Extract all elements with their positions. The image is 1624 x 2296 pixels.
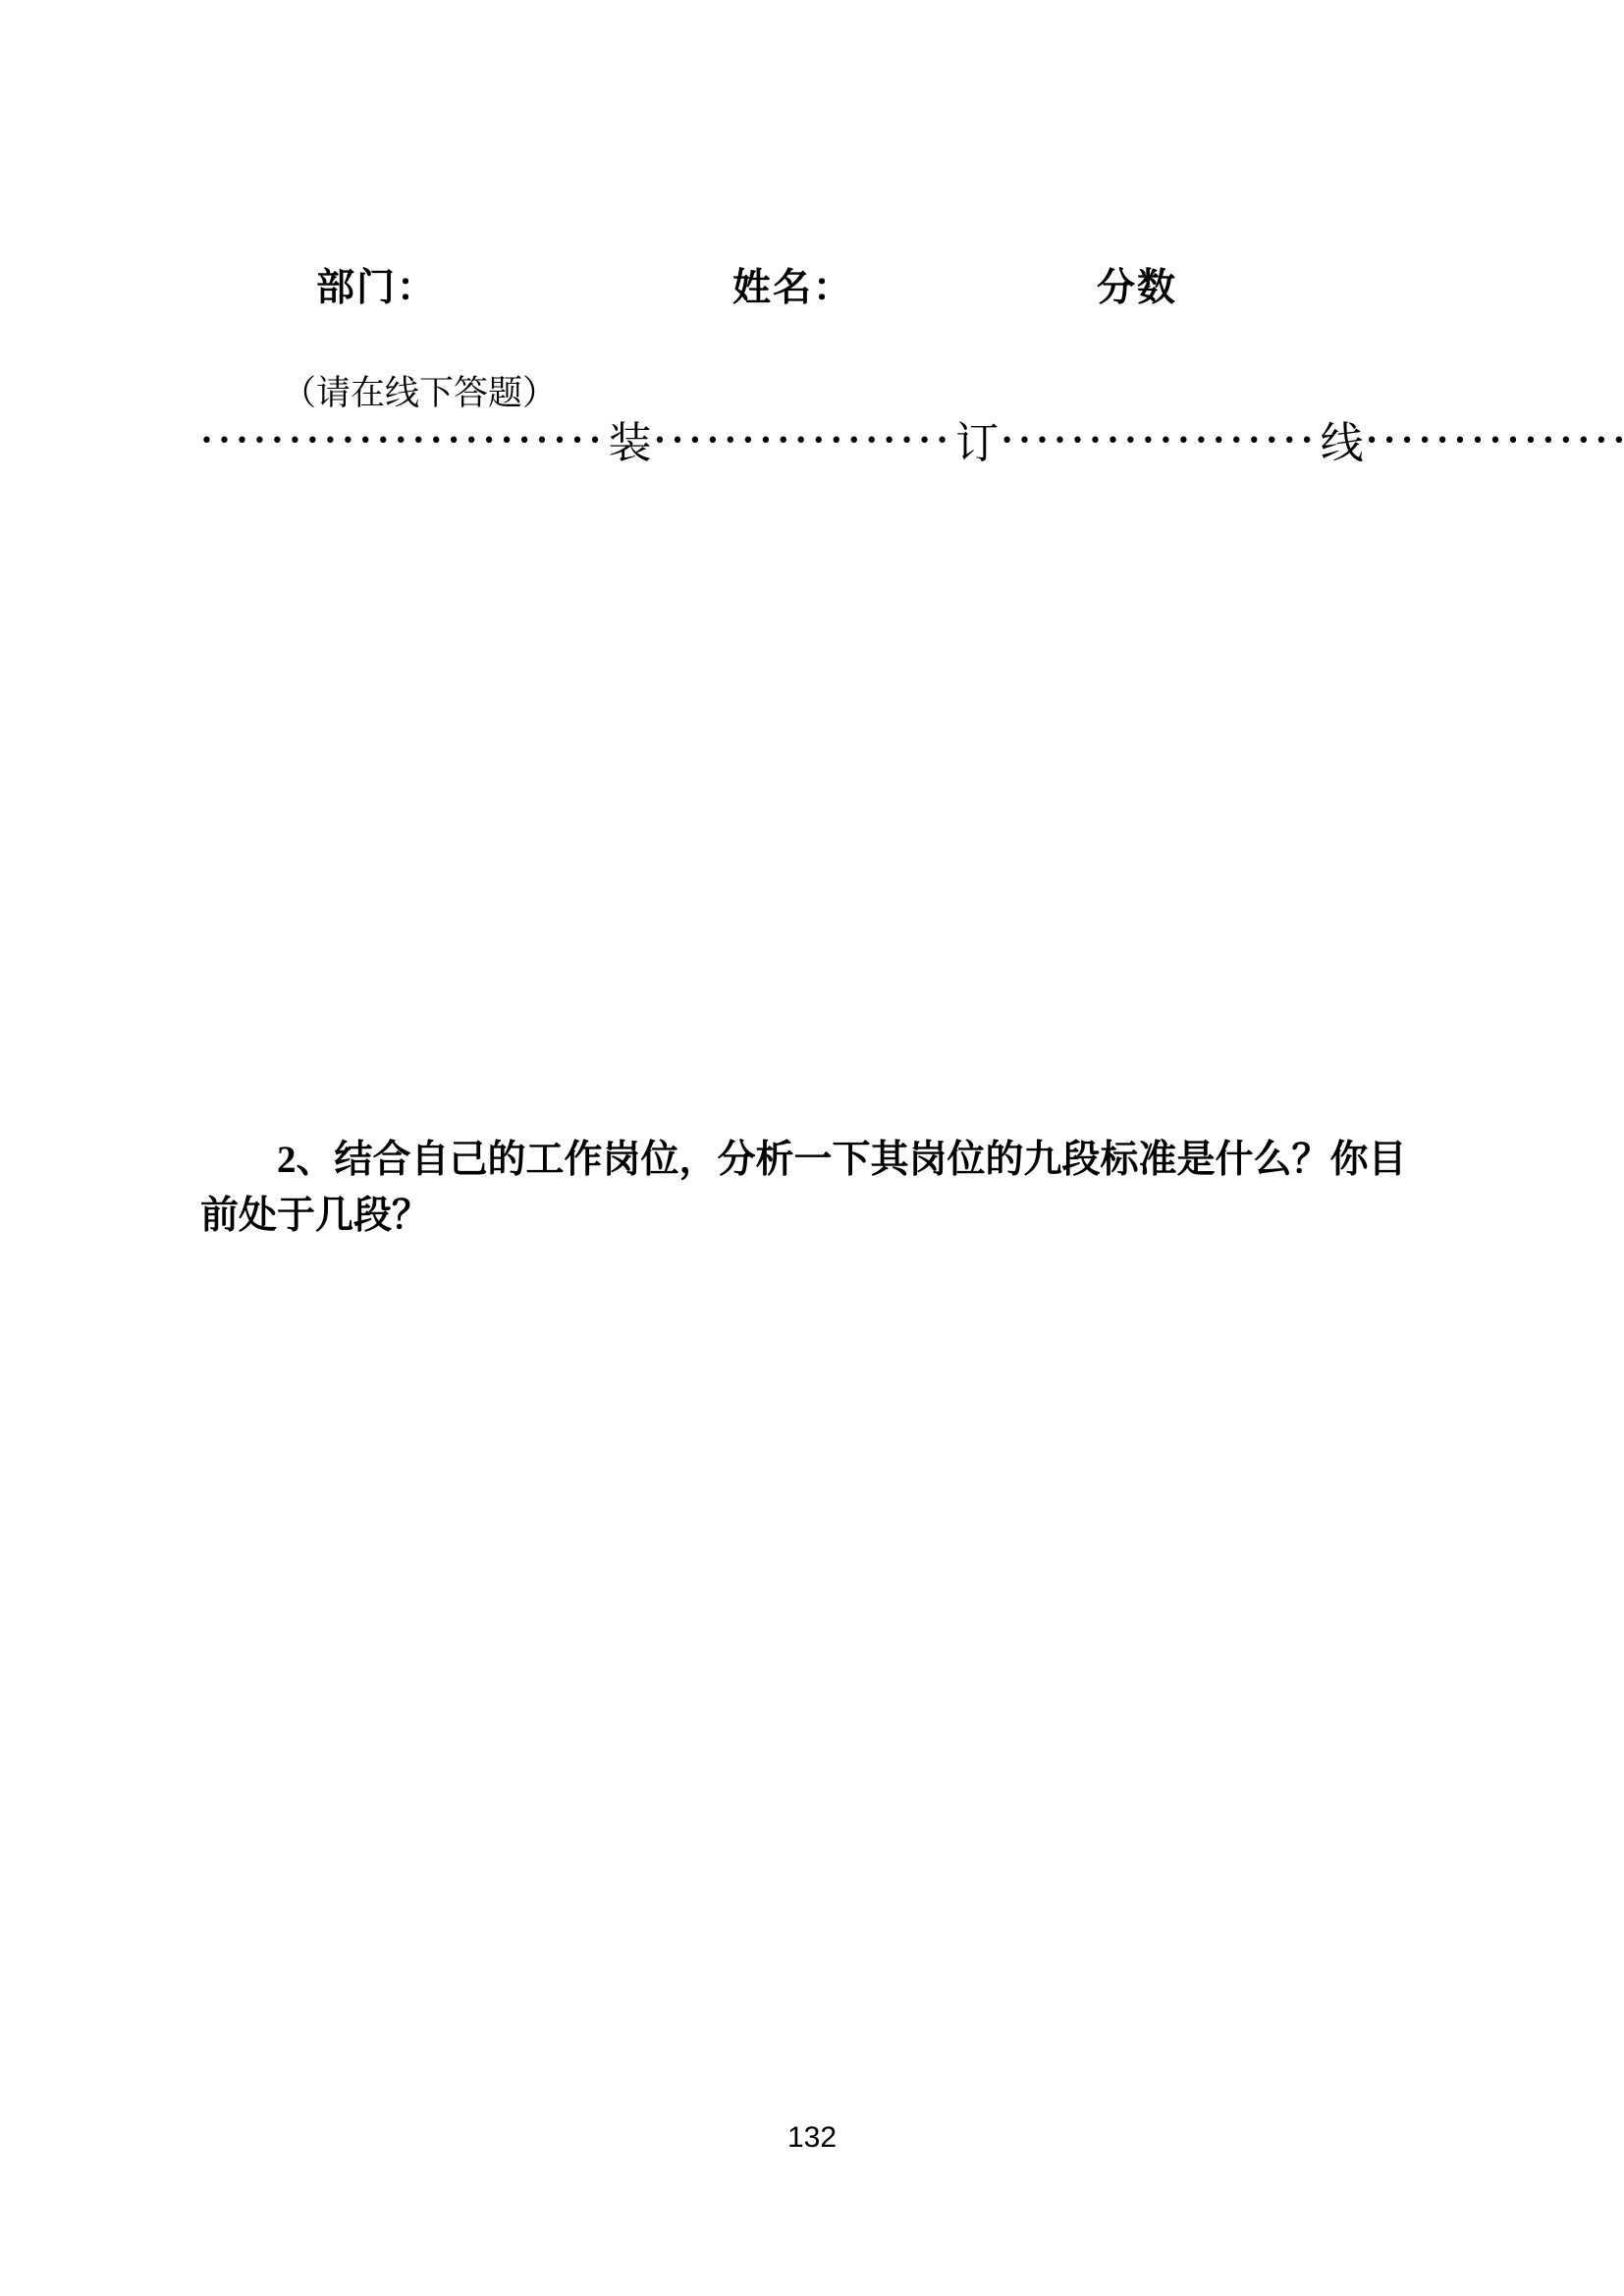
binding-line: ••••••••••••••••••••••• 装 ••••••••••••••… bbox=[200, 418, 1624, 469]
question-text: 2、结合自己的工作岗位，分析一下其岗位的九段标准是什么？你目 前处于几段？ bbox=[200, 1132, 1439, 1244]
binding-char-ding: 订 bbox=[953, 422, 1001, 465]
answer-space bbox=[200, 1256, 1439, 2101]
document-page: 部门： 姓名： 分数 （请在线下答题） ••••••••••••••••••••… bbox=[0, 0, 1624, 2296]
question-line: 2、结合自己的工作岗位，分析一下其岗位的九段标准是什么？你目 bbox=[200, 1132, 1439, 1188]
binding-dots-run: ••••••••••••••••••••• bbox=[1366, 431, 1624, 453]
binding-char-xian: 线 bbox=[1319, 422, 1366, 465]
answer-space bbox=[200, 491, 1439, 1119]
question-line: 前处于几段？ bbox=[200, 1188, 1439, 1244]
page-number: 132 bbox=[0, 2121, 1624, 2155]
binding-char-zhuang: 装 bbox=[606, 422, 653, 465]
name-label: 姓名： bbox=[732, 257, 853, 312]
score-label: 分数 bbox=[1097, 257, 1177, 312]
binding-dots-run: ••••••••••••••••••••••• bbox=[200, 431, 606, 453]
answer-below-line-note: （请在线下答题） bbox=[282, 366, 557, 415]
department-label: 部门： bbox=[316, 257, 437, 312]
binding-dots-run: •••••••••••••••••• bbox=[1001, 431, 1319, 453]
binding-dots-run: ••••••••••••••••• bbox=[653, 431, 953, 453]
